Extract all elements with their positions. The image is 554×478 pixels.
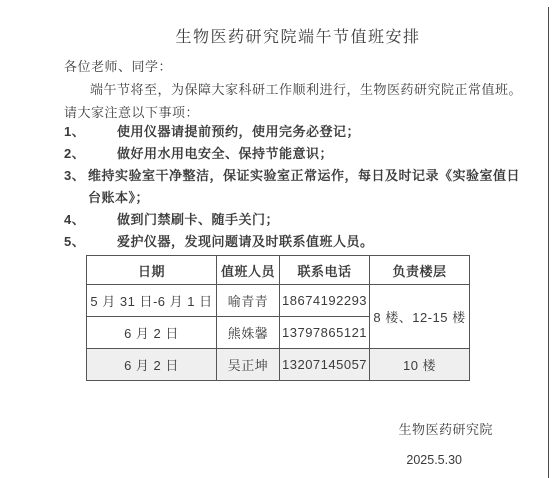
table-header-row: 日期 值班人员 联系电话 负责楼层 <box>87 256 470 285</box>
duty-schedule-table: 日期 值班人员 联系电话 负责楼层 5 月 31 日-6 月 1 日 喻青青 1… <box>86 255 470 381</box>
cell-phone: 13797865121 <box>280 317 370 349</box>
signature: 生物医药研究院 <box>398 419 493 438</box>
intro-paragraph: 端午节将至，为保障大家科研工作顺利进行，生物医药研究院正常值班。 <box>90 82 522 98</box>
signature-date: 2025.5.30 <box>406 453 462 467</box>
notice-document: 生物医药研究院端午节值班安排 各位老师、同学： 端午节将至，为保障大家科研工作顺… <box>0 0 554 478</box>
cell-floors: 10 楼 <box>370 349 470 381</box>
notice-item-4: 4、 做到门禁刷卡、随手关门； <box>64 209 279 231</box>
item-number: 3、 <box>64 165 88 209</box>
cell-person: 吴正坤 <box>217 349 280 381</box>
item-number: 1、 <box>64 121 117 143</box>
salutation: 各位老师、同学： <box>64 59 172 75</box>
item-text: 做到门禁刷卡、随手关门； <box>117 209 279 231</box>
notice-item-1: 1、 使用仪器请提前预约，使用完务必登记； <box>64 121 360 143</box>
header-date: 日期 <box>87 256 217 285</box>
cell-phone: 18674192293 <box>280 285 370 317</box>
header-phone: 联系电话 <box>280 256 370 285</box>
notice-item-5: 5、 爱护仪器，发现问题请及时联系值班人员。 <box>64 231 374 253</box>
cell-phone: 13207145057 <box>280 349 370 381</box>
document-title: 生物医药研究院端午节值班安排 <box>64 24 532 47</box>
notice-lead: 请大家注意以下事项： <box>64 105 199 121</box>
item-text: 维持实验室干净整洁，保证实验室正常运作，每日及时记录《实验室值日台账本》； <box>88 165 522 209</box>
cell-date: 6 月 2 日 <box>87 317 217 349</box>
cell-date: 6 月 2 日 <box>87 349 217 381</box>
item-text: 做好用水用电安全、保持节能意识； <box>117 143 333 165</box>
item-text: 爱护仪器，发现问题请及时联系值班人员。 <box>117 231 374 253</box>
header-floors: 负责楼层 <box>370 256 470 285</box>
item-number: 4、 <box>64 209 117 231</box>
item-text: 使用仪器请提前预约，使用完务必登记； <box>117 121 360 143</box>
item-number: 5、 <box>64 231 117 253</box>
notice-item-3: 3、 维持实验室干净整洁，保证实验室正常运作，每日及时记录《实验室值日台账本》； <box>64 165 522 209</box>
cell-date: 5 月 31 日-6 月 1 日 <box>87 285 217 317</box>
table-row: 5 月 31 日-6 月 1 日 喻青青 18674192293 8 楼、12-… <box>87 285 470 317</box>
notice-item-2: 2、 做好用水用电安全、保持节能意识； <box>64 143 333 165</box>
table-row: 6 月 2 日 吴正坤 13207145057 10 楼 <box>87 349 470 381</box>
cell-floors-merged: 8 楼、12-15 楼 <box>370 285 470 349</box>
cell-person: 熊姝馨 <box>217 317 280 349</box>
item-number: 2、 <box>64 143 117 165</box>
header-person: 值班人员 <box>217 256 280 285</box>
page-right-edge-line <box>548 7 549 478</box>
cell-person: 喻青青 <box>217 285 280 317</box>
